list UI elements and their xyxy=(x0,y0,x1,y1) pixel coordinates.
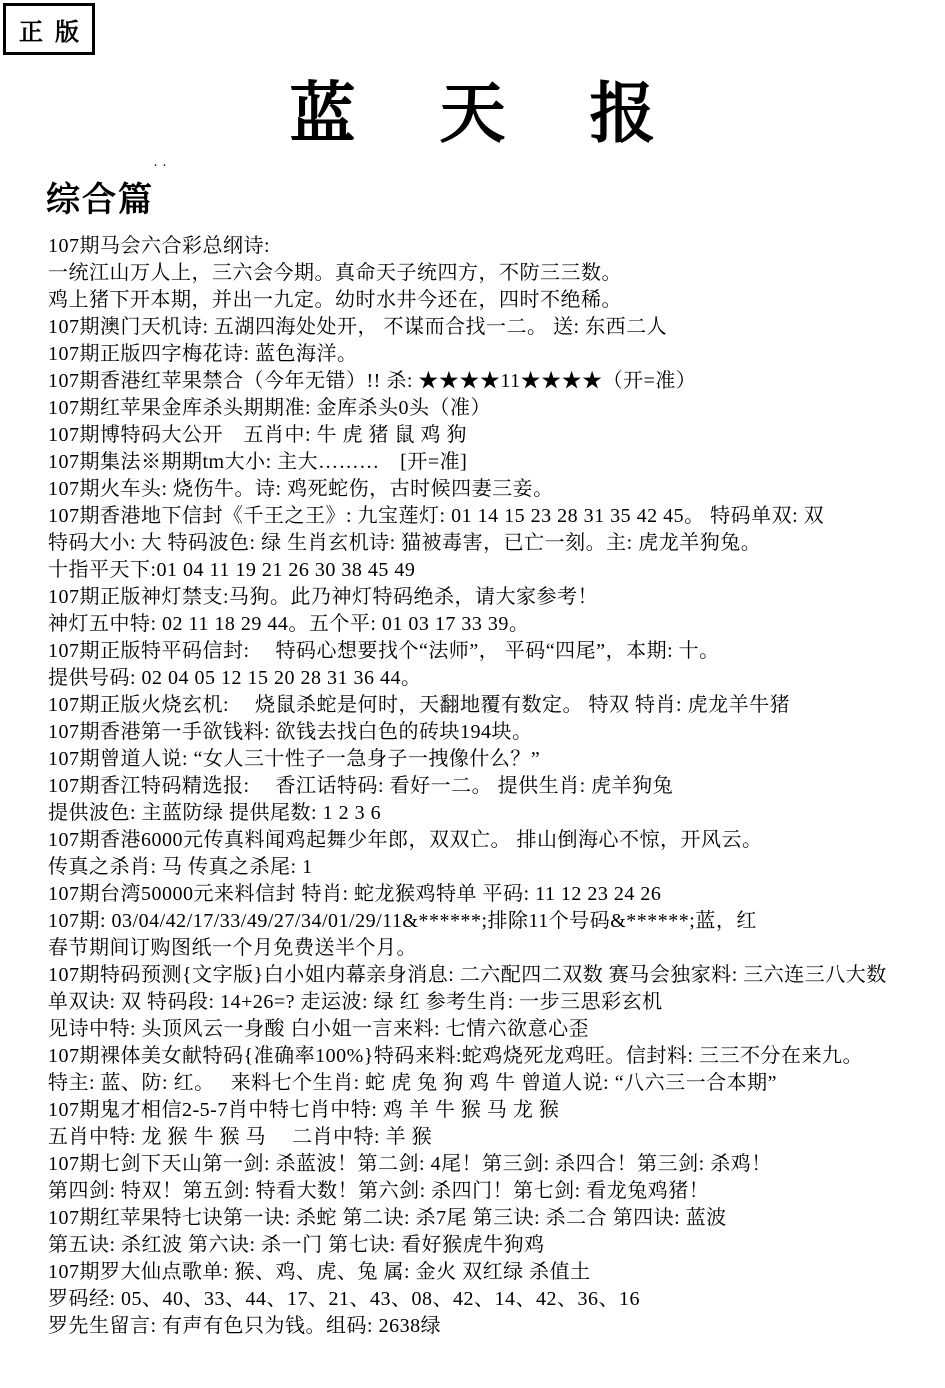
text-line: 107期马会六合彩总纲诗: xyxy=(48,233,938,260)
text-line: 107期火车头: 烧伤牛。诗: 鸡死蛇伤，古时候四妻三妾。 xyxy=(48,476,938,503)
text-line: 传真之杀肖: 马 传真之杀尾: 1 xyxy=(48,854,938,881)
paper-title: 蓝天报 xyxy=(290,78,740,151)
text-line: 107期香江特码精选报: 香江话特码: 看好一二。 提供生肖: 虎羊狗兔 xyxy=(48,773,938,800)
text-line: 神灯五中特: 02 11 18 29 44。五个平: 01 03 17 33 3… xyxy=(48,611,938,638)
text-line: 107期红苹果特七诀第一诀: 杀蛇 第二诀: 杀7尾 第三诀: 杀二合 第四诀:… xyxy=(48,1205,938,1232)
text-line: 107期曾道人说: “女人三十性子一急身子一拽像什么？” xyxy=(48,746,938,773)
text-line: 罗先生留言: 有声有色只为钱。组码: 2638绿 xyxy=(48,1313,938,1340)
text-line: 提供号码: 02 04 05 12 15 20 28 31 36 44。 xyxy=(48,665,938,692)
text-line: 特主: 蓝、防: 红。 来料七个生肖: 蛇 虎 兔 狗 鸡 牛 曾道人说: “八… xyxy=(48,1070,938,1097)
text-line: 107期香港第一手欲钱料: 欲钱去找白色的砖块194块。 xyxy=(48,719,938,746)
text-line: 一统江山万人上，三六会今期。真命天子统四方，不防三三数。 xyxy=(48,260,938,287)
text-line: 十指平天下:01 04 11 19 21 26 30 38 45 49 xyxy=(48,557,938,584)
text-line: 见诗中特: 头顶风云一身酸 白小姐一言来料: 七情六欲意心歪 xyxy=(48,1016,938,1043)
text-line: 107期七剑下天山第一剑: 杀蓝波！第二剑: 4尾！第三剑: 杀四合！第三剑: … xyxy=(48,1151,938,1178)
text-line: 107期香港6000元传真料闻鸡起舞少年郎，双双亡。 排山倒海心不惊，开风云。 xyxy=(48,827,938,854)
text-line: 107期鬼才相信2-5-7肖中特七肖中特: 鸡 羊 牛 猴 马 龙 猴 xyxy=(48,1097,938,1124)
text-line: 107期集法※期期tm大小: 主大……… [开=准] xyxy=(48,449,938,476)
text-line: 107期正版特平码信封: 特码心想要找个“法师”， 平码“四尾”，本期: 十。 xyxy=(48,638,938,665)
masthead: 蓝天报 xyxy=(0,82,945,148)
text-line: 107期博特码大公开 五肖中: 牛 虎 猪 鼠 鸡 狗 xyxy=(48,422,938,449)
print-artifact-dots: ·· xyxy=(153,158,171,175)
text-line: 107期特码预测{文字版}白小姐内幕亲身消息: 二六配四二双数 赛马会独家料: … xyxy=(48,962,938,989)
text-line: 单双诀: 双 特码段: 14+26=? 走运波: 绿 红 参考生肖: 一步三思彩… xyxy=(48,989,938,1016)
authentic-edition-badge: 正版 xyxy=(3,3,95,55)
newspaper-page: 正版 蓝天报 ·· 综合篇 107期马会六合彩总纲诗: 一统江山万人上，三六会今… xyxy=(0,0,945,1388)
text-line: 特码大小: 大 特码波色: 绿 生肖玄机诗: 猫被毒害，已亡一刻。主: 虎龙羊狗… xyxy=(48,530,938,557)
text-line: 提供波色: 主蓝防绿 提供尾数: 1 2 3 6 xyxy=(48,800,938,827)
text-line: 107期正版神灯禁支:马狗。此乃神灯特码绝杀，请大家参考！ xyxy=(48,584,938,611)
text-line: 107期香港地下信封《千王之王》: 九宝莲灯: 01 14 15 23 28 3… xyxy=(48,503,938,530)
text-line: 第四剑: 特双！第五剑: 特看大数！第六剑: 杀四门！第七剑: 看龙兔鸡猪！ xyxy=(48,1178,938,1205)
text-line: 107期罗大仙点歌单: 猴、鸡、虎、兔 属: 金火 双红绿 杀值土 xyxy=(48,1259,938,1286)
text-line: 107期红苹果金库杀头期期准: 金库杀头0头（准） xyxy=(48,395,938,422)
text-line: 107期澳门天机诗: 五湖四海处处开， 不谋而合找一二。 送: 东西二人 xyxy=(48,314,938,341)
text-line: 107期香港红苹果禁合（今年无错）!! 杀: ★★★★11★★★★（开=准） xyxy=(48,368,938,395)
tips-text-block: 107期马会六合彩总纲诗: 一统江山万人上，三六会今期。真命天子统四方，不防三三… xyxy=(48,233,938,1340)
text-line: 107期台湾50000元来料信封 特肖: 蛇龙猴鸡特单 平码: 11 12 23… xyxy=(48,881,938,908)
badge-label: 正版 xyxy=(19,12,91,47)
text-line: 107期裸体美女献特码{准确率100%}特码来料:蛇鸡烧死龙鸡旺。信封料: 三三… xyxy=(48,1043,938,1070)
section-heading: 综合篇 xyxy=(46,182,154,219)
text-line: 鸡上猪下开本期，并出一九定。幼时水井今还在，四时不绝稀。 xyxy=(48,287,938,314)
text-line: 春节期间订购图纸一个月免费送半个月。 xyxy=(48,935,938,962)
text-line: 第五诀: 杀红波 第六诀: 杀一门 第七诀: 看好猴虎牛狗鸡 xyxy=(48,1232,938,1259)
text-line: 五肖中特: 龙 猴 牛 猴 马 二肖中特: 羊 猴 xyxy=(48,1124,938,1151)
text-line: 107期: 03/04/42/17/33/49/27/34/01/29/11&*… xyxy=(48,908,938,935)
text-line: 107期正版火烧玄机: 烧鼠杀蛇是何时，天翻地覆有数定。 特双 特肖: 虎龙羊牛… xyxy=(48,692,938,719)
text-line: 罗码经: 05、40、33、44、17、21、43、08、42、14、42、36… xyxy=(48,1286,938,1313)
text-line: 107期正版四字梅花诗: 蓝色海洋。 xyxy=(48,341,938,368)
